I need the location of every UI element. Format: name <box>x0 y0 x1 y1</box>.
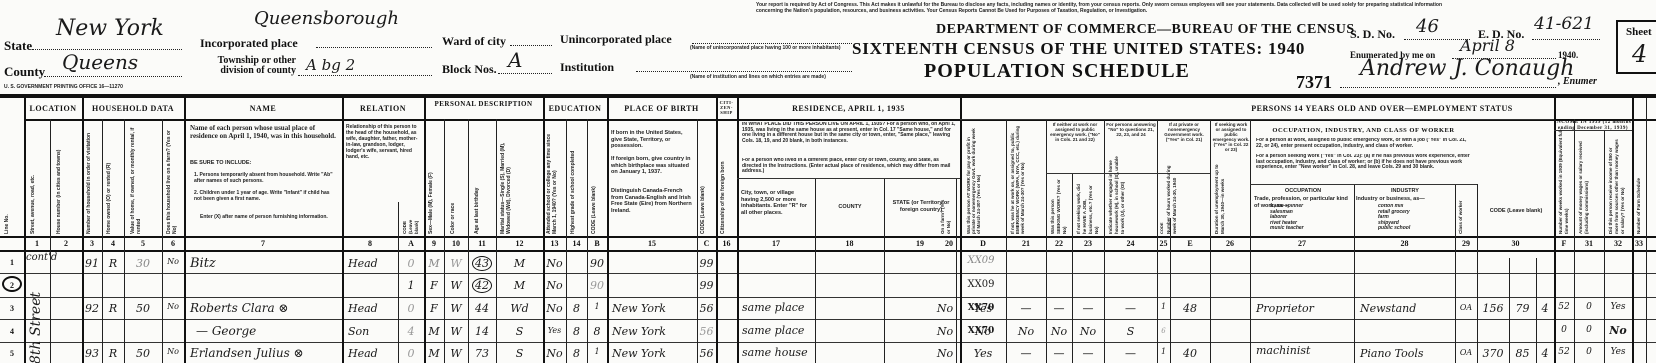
cell-marital: S <box>496 325 543 338</box>
cell-col22: No <box>1006 325 1046 338</box>
cell-school: No <box>543 347 566 360</box>
cell-col25: — <box>1104 347 1157 360</box>
cell-marital: S <box>496 347 543 360</box>
col-desc-30: Class of worker <box>1458 194 1474 234</box>
col-desc-9: Sex—Male (M), Female (F) <box>428 138 442 234</box>
col-number: 13 <box>543 239 566 248</box>
group-personal: PERSONAL DESCRIPTION <box>424 100 543 108</box>
cell-occupation: Proprietor <box>1256 302 1314 315</box>
department-title: DEPARTMENT OF COMMERCE—BUREAU OF THE CEN… <box>936 22 1355 38</box>
col-desc-17: City, town, or village having 2,500 or m… <box>741 190 813 216</box>
col-number: B <box>587 239 607 248</box>
col-number: 25 <box>1157 239 1170 248</box>
group-occupation: OCCUPATION, INDUSTRY, AND CLASS OF WORKE… <box>1250 126 1477 135</box>
group-birth: PLACE OF BIRTH <box>607 104 716 113</box>
cell-household: 92 <box>82 302 102 315</box>
county-value: Queens <box>62 50 138 74</box>
cell-school: No <box>543 257 566 270</box>
col-desc-23: Was this person SEEKING WORK? (Yes or No… <box>1050 178 1070 234</box>
line-number: 3 <box>4 304 20 313</box>
cell-race: W <box>444 347 468 360</box>
col-number: 17 <box>737 239 815 248</box>
block-value: A <box>508 48 522 72</box>
column-number-bottom <box>0 250 1656 252</box>
col-desc-24: If not seeking work, did he HAVE A JOB, … <box>1076 178 1102 234</box>
col-number: 28 <box>1354 239 1455 248</box>
col-number: 30 <box>1477 239 1554 248</box>
col-number: 1 <box>24 239 50 248</box>
street-note: 8th Street <box>28 278 44 363</box>
vline <box>737 98 739 363</box>
cell-owned: R <box>102 302 124 315</box>
cell-col22: — <box>1006 302 1046 315</box>
vline-minor <box>1455 184 1456 363</box>
col-desc-28-examples: frame spinner salesman laborer rivet hea… <box>1270 204 1350 232</box>
county-field: Queens <box>44 50 182 77</box>
block-label: Block Nos. <box>442 62 497 77</box>
col-number: 22 <box>1046 239 1072 248</box>
col-desc-residence-a: IN WHAT PLACE DID THIS PERSON LIVE ON AP… <box>742 122 956 144</box>
row-divider-1 <box>0 273 1656 274</box>
hline-minor <box>737 178 960 179</box>
line-number: 1 <box>4 258 20 267</box>
cell-school: No <box>543 279 566 292</box>
cell-code-c: 56 <box>697 302 716 315</box>
col-desc-22: If not, was he at work on, or assigned t… <box>1010 124 1044 234</box>
vline-minor <box>815 178 816 363</box>
stamp-number: 7371 <box>1296 72 1332 93</box>
col-number: 12 <box>496 239 543 248</box>
cell-grade: 8 <box>566 302 587 315</box>
cell-school: Yes <box>543 326 566 335</box>
cell-code-e: 1 <box>1157 347 1170 356</box>
col-desc-7-note3: Enter (X) after name of person furnishin… <box>200 214 338 220</box>
cell-household: 91 <box>82 257 102 270</box>
township-label: Township or other division of county <box>210 56 296 76</box>
cell-relation: Head <box>348 302 378 315</box>
col-number: C <box>697 239 716 248</box>
cell-industry: Newstand <box>1360 302 1416 315</box>
cell-relation: Head <box>348 257 378 270</box>
vline <box>543 98 545 363</box>
cell-name: Erlandsen Julius ⊗ <box>190 346 304 360</box>
col-desc-26-header: If at private or nonemergency Government… <box>1160 122 1208 142</box>
incorporated-place-value: Queensborough <box>254 8 399 29</box>
cell-code-e: 6 <box>1157 327 1170 335</box>
cell-col25: S <box>1104 325 1157 338</box>
col-desc-13: Attended school or college any time sinc… <box>546 124 564 234</box>
line-number: 4 <box>4 327 20 336</box>
col-number: 18 <box>815 239 884 248</box>
col-desc-residence-b: For a person who lived in a different pl… <box>742 158 956 175</box>
census-table: LOCATION HOUSEHOLD DATA NAME RELATION PE… <box>0 94 1656 363</box>
cell-owned: R <box>102 347 124 360</box>
cell-race: W <box>444 302 468 315</box>
col-desc-occupation-a: For a person at work, assigned to public… <box>1256 138 1474 149</box>
unincorporated-label: Unincorporated place <box>560 32 672 47</box>
cell-class: OA <box>1455 303 1477 312</box>
col-desc-18: COUNTY <box>818 204 882 211</box>
vline <box>342 98 344 363</box>
col-desc-B: CODE (Leave blank) <box>591 138 605 234</box>
vline <box>716 98 718 363</box>
sd-label: S. D. No. <box>1350 27 1395 42</box>
cell-weeks: 0 <box>1554 325 1574 335</box>
printing-office-note: U. S. GOVERNMENT PRINTING OFFICE 16—1127… <box>4 84 123 90</box>
col-desc-26: Number of hours worked during week of Ma… <box>1166 164 1206 234</box>
cell-grade: 8 <box>566 325 587 338</box>
cell-code-f3: 4 <box>1536 302 1554 315</box>
col-desc-4: Home owned (O) or rented (R) <box>106 124 120 234</box>
cell-age: 43 <box>468 257 496 270</box>
col-desc-15a: If born in the United States, give State… <box>611 130 695 150</box>
cell-code-e: 1 <box>1157 302 1170 311</box>
col-desc-33: Did this person receive income of $50 or… <box>1608 136 1630 234</box>
cell-age: 42 <box>468 279 496 292</box>
cell-code-c: 56 <box>697 325 716 338</box>
col-number: 15 <box>607 239 697 248</box>
col-number: 5 <box>124 239 162 248</box>
incorporated-place-field: Queensborough <box>316 8 432 48</box>
col-number: 26 <box>1210 239 1250 248</box>
cell-code-a: 0 <box>398 302 424 315</box>
cell-col21: Yes <box>960 347 1006 360</box>
cell-name: — George <box>196 324 256 338</box>
cell-code-b: 1 <box>587 302 607 311</box>
cell-race: W <box>444 325 468 338</box>
cell-col22: — <box>1006 347 1046 360</box>
col-desc-32: Amount of money wages or salary received… <box>1578 136 1602 234</box>
cell-marital: M <box>496 279 543 292</box>
col-number: A <box>398 239 424 248</box>
vline-minor <box>1646 98 1647 363</box>
hline-minor <box>1250 184 1477 185</box>
unincorporated-note: (Name of unincorporated place having 100… <box>690 45 841 51</box>
sheet-value: 4 <box>1632 40 1647 68</box>
cell-code-b: 90 <box>587 257 607 270</box>
col-desc-A: CODE (Leave blank) <box>402 206 422 234</box>
col-number: F <box>1554 239 1574 248</box>
col-desc-12: Marital status—Single (S), Married (M), … <box>500 124 540 234</box>
cell-sex: M <box>424 325 444 338</box>
group-employment: PERSONS 14 YEARS OLD AND OVER—EMPLOYMENT… <box>960 104 1554 113</box>
cell-wages: 0 <box>1574 302 1604 312</box>
line-number: 2 <box>4 281 20 290</box>
cell-col25: — <box>1104 302 1157 315</box>
state-label: State <box>4 38 32 54</box>
col-desc-line-no: Line No. <box>4 198 20 234</box>
enumerated-value: April 8 <box>1460 36 1515 55</box>
institution-field <box>636 60 852 72</box>
cell-other-income: No <box>1604 324 1632 337</box>
cell-code-b: 90 <box>587 279 607 292</box>
col-desc-21: Was this person AT WORK for pay or profi… <box>966 124 1004 234</box>
cell-residence-city: same place <box>742 324 804 337</box>
cell-code-c: 56 <box>697 347 716 360</box>
cell-residence-city: same house <box>742 346 808 359</box>
county-label: County <box>4 64 45 80</box>
vline <box>1632 98 1634 363</box>
cell-value: 30 <box>124 257 162 270</box>
col-number: E <box>1170 239 1210 248</box>
block-field: A <box>498 50 552 74</box>
col-desc-2: House number (in cities and towns) <box>56 124 78 234</box>
sheet-box: Sheet 4 <box>1616 20 1656 74</box>
cell-age: 44 <box>468 302 496 315</box>
row-divider-2 <box>0 297 1656 298</box>
cell-marital: M <box>496 257 543 270</box>
cell-class: OA <box>1455 348 1477 357</box>
vline-minor <box>1477 184 1478 363</box>
col-number: 11 <box>468 239 496 248</box>
cell-code-a: 0 <box>398 257 424 270</box>
col-desc-16: Citizenship of the foreign born <box>720 138 734 234</box>
cell-code-f3: 4 <box>1536 347 1554 360</box>
cell-code-a: 0 <box>398 347 424 360</box>
col-number: 21 <box>1006 239 1046 248</box>
col-desc-10: Color or race <box>450 138 464 234</box>
cell-relation: Son <box>348 325 369 338</box>
col-desc-7-note2: 2. Children under 1 year of age. Write "… <box>194 190 338 202</box>
cell-code-f1: 370 <box>1477 347 1509 360</box>
cell-owned: R <box>102 257 124 270</box>
vline <box>607 98 609 363</box>
group-residence: RESIDENCE, APRIL 1, 1935 <box>737 104 960 113</box>
cell-street: cont'd <box>26 252 57 263</box>
group-citizenship: CITI-ZEN-SHIP <box>716 100 737 115</box>
col-desc-14: Highest grade of school completed <box>570 124 584 234</box>
cell-value: 50 <box>124 347 162 360</box>
cell-code-f2: 79 <box>1509 302 1536 315</box>
col-number: 31 <box>1574 239 1604 248</box>
group-education: EDUCATION <box>543 104 607 113</box>
col-number: 6 <box>162 239 184 248</box>
col-desc-7-note1: 1. Persons temporarily absent from house… <box>194 172 338 184</box>
cell-race: W <box>444 279 468 292</box>
age-circled: 42 <box>472 278 492 293</box>
cell-marital: Wd <box>496 302 543 315</box>
cell-code-f2: 85 <box>1509 347 1536 360</box>
vline <box>1554 98 1556 363</box>
col-number: 16 <box>716 239 737 248</box>
col-number: 24 <box>1104 239 1157 248</box>
sheet-label: Sheet <box>1626 26 1652 38</box>
signature-field: Andrew J. Conaugh <box>1340 62 1556 88</box>
col-number: 27 <box>1250 239 1354 248</box>
vline-minor <box>884 178 885 363</box>
col-desc-15c: Distinguish Canada-French from Canada-En… <box>611 188 695 214</box>
col-desc-C: CODE (Leave blank) <box>700 138 714 234</box>
col-number: 8 <box>342 239 398 248</box>
cell-col24: — <box>1072 347 1104 360</box>
example: public school <box>1378 226 1454 232</box>
col-desc-27: Duration of unemployment up to March 30,… <box>1214 164 1248 234</box>
col-desc-25: Indicate whether engaged in home housewo… <box>1108 154 1156 234</box>
col-number: 29 <box>1455 239 1477 248</box>
cell-residence-farm: No <box>934 325 956 338</box>
row-divider-3 <box>0 319 1656 320</box>
cell-weeks: 52 <box>1554 302 1574 312</box>
institution-label: Institution <box>560 60 614 75</box>
cell-farm: No <box>162 347 184 356</box>
cell-sex: M <box>424 347 444 360</box>
cell-code-a: 1 <box>398 279 424 292</box>
cell-sex: F <box>424 302 444 315</box>
cell-code-d: XX09 <box>956 279 1006 290</box>
cell-other-income: Yes <box>1604 347 1632 357</box>
col-desc-F: CODE (Leave blank) <box>1480 208 1552 215</box>
cell-weeks: 52 <box>1554 347 1574 357</box>
cell-grade: 8 <box>566 347 587 360</box>
cell-wages: 0 <box>1574 347 1604 357</box>
cell-name: Bitz <box>190 256 216 271</box>
cell-age: 73 <box>468 347 496 360</box>
col-number: 7 <box>184 239 342 248</box>
legal-notice: Your report is required by Act of Congre… <box>756 2 1468 16</box>
col-desc-34: Number of Farm Schedule <box>1636 124 1646 234</box>
col-number: 23 <box>1072 239 1104 248</box>
cell-code-d: XX09 <box>956 255 1006 266</box>
col-desc-15b: If foreign born, give country in which b… <box>611 156 695 176</box>
col-desc-5: Value of home, if owned, or monthly rent… <box>130 124 158 234</box>
vline <box>24 98 26 363</box>
col-desc-23-24: If neither at work nor assigned to publi… <box>1048 122 1102 142</box>
cell-col23: — <box>1046 347 1072 360</box>
cell-sex: M <box>424 257 444 270</box>
cell-residence-city: same place <box>742 301 804 314</box>
cell-farm: No <box>162 257 184 266</box>
group-location: LOCATION <box>24 104 82 113</box>
cell-col23: — <box>1046 302 1072 315</box>
cell-residence-farm: No <box>934 347 956 360</box>
col-desc-28-title: OCCUPATION <box>1254 188 1352 195</box>
col-number: 10 <box>444 239 468 248</box>
row-divider-4 <box>0 342 1656 343</box>
cell-value: 50 <box>124 302 162 315</box>
col-number: D <box>960 239 1006 248</box>
ward-label: Ward of city <box>442 34 506 49</box>
cell-race: W <box>444 257 468 270</box>
vline <box>424 98 426 363</box>
cell-col24: — <box>1072 302 1104 315</box>
cell-sex: F <box>424 279 444 292</box>
col-desc-occupation-b: For a person seeking work ("Yes" in Col.… <box>1256 154 1474 171</box>
cell-col23: No <box>1046 325 1072 338</box>
col-desc-20: On a farm? (Yes or No) <box>940 198 954 234</box>
col-number: 20 <box>938 239 960 248</box>
example: music teacher <box>1270 226 1350 232</box>
ward-field <box>510 34 552 46</box>
cell-household: 93 <box>82 347 102 360</box>
col-number: 14 <box>566 239 587 248</box>
sd-value: 46 <box>1416 16 1439 37</box>
cell-code-c: 99 <box>697 279 716 292</box>
cell-residence-farm: No <box>934 302 956 315</box>
col-desc-6: Does this household live on a farm? (Yes… <box>166 124 182 234</box>
state-value: New York <box>56 16 164 41</box>
cell-birthplace: New York <box>612 325 666 338</box>
group-household: HOUSEHOLD DATA <box>82 104 184 113</box>
enumerator-signature: Andrew J. Conaugh <box>1360 56 1574 81</box>
column-number-top <box>0 236 1656 238</box>
schedule-title: POPULATION SCHEDULE <box>924 60 1190 83</box>
col-number: 32 <box>1604 239 1632 248</box>
cell-code-a: 4 <box>398 325 424 338</box>
ed-value: 41-621 <box>1534 14 1594 34</box>
col-number: 9 <box>424 239 444 248</box>
cell-col21: Yes <box>960 302 1006 315</box>
cell-col21: No <box>960 325 1006 338</box>
cell-code-b: 8 <box>587 325 607 338</box>
col-number: 3 <box>82 239 102 248</box>
enumerator-label: , Enumer <box>1558 76 1597 87</box>
group-relation: RELATION <box>342 104 424 113</box>
vline-minor <box>1354 184 1355 363</box>
ed-field: 41-621 <box>1532 20 1600 40</box>
hline-minor <box>960 119 1554 120</box>
census-title: SIXTEENTH CENSUS OF THE UNITED STATES: 1… <box>852 39 1305 59</box>
township-label-text: Township or other division of county <box>210 56 296 76</box>
cell-code-f1: 156 <box>1477 302 1509 315</box>
col-desc-11: Age at last birthday <box>474 138 490 234</box>
township-field: A bg 2 <box>298 58 432 76</box>
col-number: 2 <box>50 239 82 248</box>
col-desc-29-title: INDUSTRY <box>1356 188 1454 195</box>
col-desc-7: Name of each person whose usual place of… <box>190 124 338 140</box>
cell-occupation: machinist <box>1256 344 1310 357</box>
cell-birthplace: New York <box>612 347 666 360</box>
group-name: NAME <box>184 104 342 113</box>
cell-wages: 0 <box>1574 325 1604 335</box>
col-desc-25-header: For persons answering "No" to questions … <box>1106 122 1156 137</box>
cell-relation: Head <box>348 347 378 360</box>
cell-hours: 40 <box>1170 347 1210 360</box>
cell-other-income: Yes <box>1604 302 1632 312</box>
cell-code-c: 99 <box>697 257 716 270</box>
col-desc-31: Number of weeks worked in 1939 (Equivale… <box>1558 124 1572 234</box>
township-value: A bg 2 <box>306 56 355 74</box>
col-desc-29-examples: cotton mill retail grocery farm shipyard… <box>1378 204 1454 232</box>
col-number: 33 <box>1632 239 1646 248</box>
cell-age: 14 <box>468 325 496 338</box>
col-desc-27-header: If seeking work or assigned to public em… <box>1212 122 1250 152</box>
line-number: 5 <box>4 349 20 358</box>
cell-farm: No <box>162 302 184 311</box>
cell-col24: No <box>1072 325 1104 338</box>
cell-industry: Piano Tools <box>1360 347 1424 360</box>
col-desc-7-include: BE SURE TO INCLUDE: <box>190 160 338 167</box>
cell-name: Roberts Clara ⊗ <box>190 301 289 315</box>
col-desc-1: Street, avenue, road, etc. <box>30 124 46 234</box>
cell-code-b: 1 <box>587 347 607 356</box>
vline <box>82 98 84 363</box>
incorporated-place-label: Incorporated place <box>200 36 298 51</box>
col-desc-29: Industry or business, as— <box>1356 196 1454 203</box>
cell-school: No <box>543 302 566 315</box>
institution-note: (Name of institution and lines on which … <box>690 74 826 80</box>
cell-birthplace: New York <box>612 302 666 315</box>
vline <box>184 98 186 363</box>
col-desc-8: Relationship of this person to the head … <box>346 124 420 160</box>
state-field: New York <box>32 14 182 50</box>
age-circled: 43 <box>472 256 492 271</box>
col-desc-3: Number of household in order of visitati… <box>86 124 100 234</box>
unincorporated-field <box>692 32 852 44</box>
vline <box>960 98 962 363</box>
col-number: 4 <box>102 239 124 248</box>
cell-hours: 48 <box>1170 302 1210 315</box>
